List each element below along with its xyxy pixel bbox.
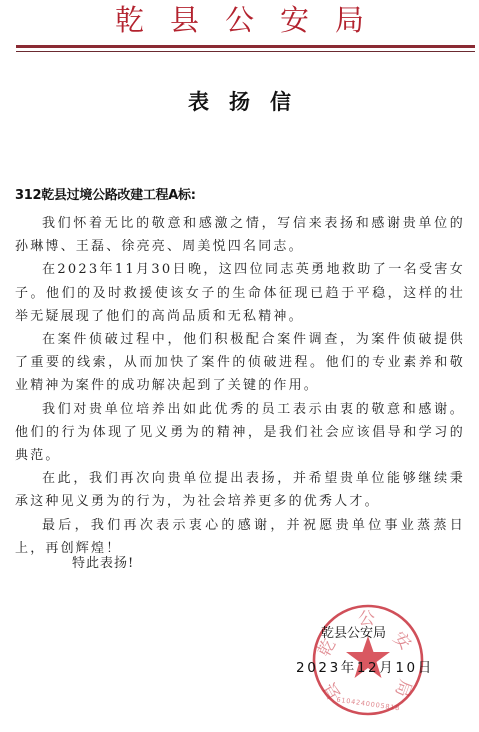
- header-divider-thin: [16, 51, 475, 52]
- svg-text:安: 安: [389, 628, 415, 654]
- document-title: 表扬信: [0, 88, 479, 116]
- letter-body: 我们怀着无比的敬意和感激之情，写信来表扬和感谢贵单位的孙琳博、王磊、徐亮亮、周美…: [15, 212, 465, 560]
- addressee: 312乾县过境公路改建工程A标:: [15, 186, 196, 206]
- organization-header: 乾县公安局: [0, 2, 479, 38]
- paragraph: 我们怀着无比的敬意和感激之情，写信来表扬和感谢贵单位的孙琳博、王磊、徐亮亮、周美…: [15, 212, 465, 258]
- svg-text:局: 局: [391, 677, 416, 700]
- paragraph: 在此，我们再次向贵单位提出表扬，并希望贵单位能够继续秉承这种见义勇为的行为，为社…: [15, 467, 465, 513]
- paragraph: 在2023年11月30日晚，这四位同志英勇地救助了一名受害女子。他们的及时救援使…: [15, 258, 465, 328]
- signature-organization: 乾县公安局: [321, 624, 386, 644]
- signature-date: 2023年12月10日: [296, 658, 434, 678]
- paragraph: 我们对贵单位培养出如此优秀的员工表示由衷的敬意和感谢。他们的行为体现了见义勇为的…: [15, 398, 465, 468]
- header-divider-thick: [16, 45, 475, 48]
- paragraph: 在案件侦破过程中，他们积极配合案件调查，为案件侦破提供了重要的线索，从而加快了案…: [15, 328, 465, 398]
- closing-remark: 特此表扬!: [72, 554, 134, 574]
